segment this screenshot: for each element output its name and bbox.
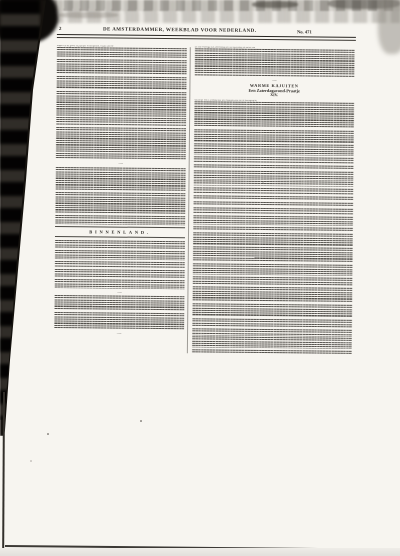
text-paragraph xyxy=(192,337,352,349)
scan-speck xyxy=(30,460,32,462)
article-heading: — WARME KAJUITEN Een Zaterdagavond-Praat… xyxy=(194,78,354,99)
scan-speck xyxy=(262,182,264,184)
text-paragraph xyxy=(55,240,185,250)
text-paragraph xyxy=(56,91,186,127)
scan-smudge xyxy=(252,1,298,8)
text-paragraph xyxy=(193,170,353,180)
text-paragraph xyxy=(193,181,353,187)
scanned-newspaper-page: { "masthead": { "page_number": "2", "tit… xyxy=(0,0,400,556)
text-paragraph xyxy=(192,264,352,276)
paragraph-separator: — xyxy=(54,331,184,336)
article-chapter-number: XIV. xyxy=(194,93,354,99)
text-paragraph xyxy=(193,164,353,170)
text-paragraph xyxy=(193,201,353,207)
page-left-edge-line xyxy=(2,392,4,548)
text-paragraph xyxy=(192,328,352,336)
text-columns: zelgen van de groote en pijnlijke werkel… xyxy=(54,44,356,356)
text-paragraph xyxy=(193,187,353,195)
scan-speck xyxy=(47,433,49,435)
newspaper-title: DE AMSTERDAMMER, WEEKBLAD VOOR NEDERLAND… xyxy=(103,27,257,33)
page-number: 2 xyxy=(59,27,61,32)
scan-speck xyxy=(332,72,334,74)
scan-smudge xyxy=(58,12,118,18)
text-paragraph xyxy=(192,303,352,317)
printed-page-content: 2 DE AMSTERDAMMER, WEEKBLAD VOOR NEDERLA… xyxy=(54,26,356,357)
text-paragraph xyxy=(193,156,353,164)
text-paragraph xyxy=(56,76,186,90)
text-paragraph xyxy=(55,269,185,279)
left-column: zelgen van de groote en pijnlijke werkel… xyxy=(54,44,187,355)
text-paragraph xyxy=(194,101,354,128)
section-title: BINNENLAND. xyxy=(89,229,150,235)
scan-speck xyxy=(140,420,142,422)
text-paragraph xyxy=(55,167,185,192)
right-column-article-body: Natuurlijk ben ik Zondag naar Den Haag g… xyxy=(192,99,354,355)
text-paragraph xyxy=(55,192,185,215)
text-paragraph xyxy=(194,144,354,156)
text-paragraph xyxy=(55,250,185,260)
left-column-top-section: zelgen van de groote en pijnlijke werkel… xyxy=(55,44,187,225)
section-heading-binnenland: BINNENLAND. xyxy=(55,226,185,238)
right-column-top-section: De heer Wybenga was Donderdag niet aan o… xyxy=(194,46,354,78)
text-paragraph xyxy=(194,48,354,77)
text-paragraph xyxy=(193,195,353,201)
text-paragraph xyxy=(54,279,184,289)
scan-speck xyxy=(90,305,92,307)
text-paragraph xyxy=(193,226,353,232)
text-paragraph xyxy=(56,127,186,160)
text-paragraph xyxy=(57,59,187,75)
text-paragraph xyxy=(55,261,185,269)
text-paragraph xyxy=(192,318,352,328)
text-paragraph xyxy=(192,349,352,355)
text-paragraph xyxy=(192,286,352,303)
column-divider-rule xyxy=(187,47,191,353)
right-column: De heer Wybenga was Donderdag niet aan o… xyxy=(192,46,355,357)
left-column-news-briefs: —— xyxy=(54,240,185,336)
next-page-shadow xyxy=(0,548,400,556)
paragraph-separator: — xyxy=(54,290,184,295)
issue-number: No. 471 xyxy=(297,29,312,34)
paragraph-separator: — xyxy=(56,161,186,166)
text-paragraph xyxy=(192,276,352,286)
text-paragraph xyxy=(193,232,353,246)
scan-edge-shadow xyxy=(378,0,400,54)
text-paragraph xyxy=(194,129,354,143)
text-paragraph xyxy=(55,215,185,225)
text-paragraph xyxy=(193,207,353,215)
text-paragraph xyxy=(57,47,187,59)
book-gutter-shadow-texture xyxy=(0,0,40,420)
text-paragraph xyxy=(54,295,184,311)
text-paragraph xyxy=(193,247,353,264)
text-paragraph xyxy=(193,216,353,226)
text-paragraph xyxy=(54,312,184,330)
